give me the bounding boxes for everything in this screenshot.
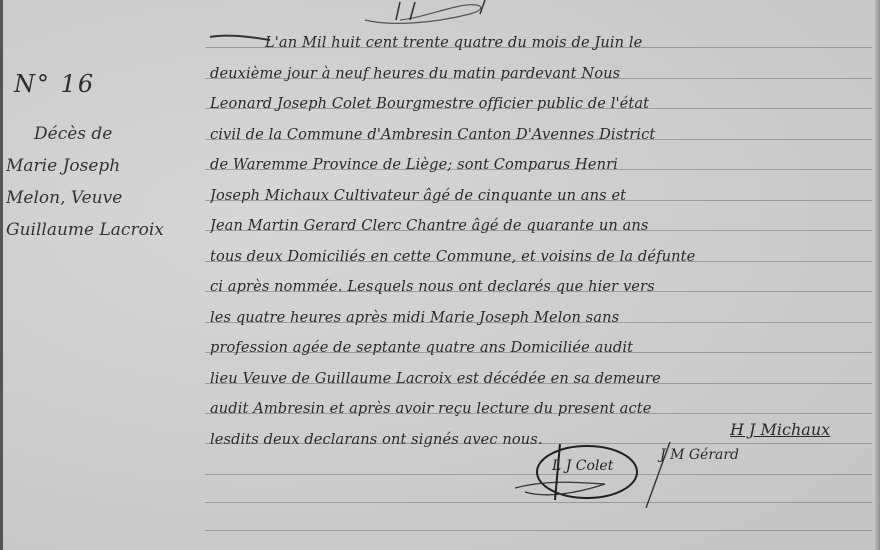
signature-colet: L J Colet (552, 458, 613, 474)
margin-note-line: Décès de (6, 118, 216, 150)
page-binding-edge (0, 0, 3, 550)
document-page: N° 16 Décès de Marie Joseph Melon, Veuve… (0, 0, 880, 550)
record-line: Joseph Michaux Cultivateur âgé de cinqua… (210, 181, 875, 212)
record-line: tous deux Domiciliés en cette Commune, e… (210, 242, 875, 273)
record-line: Leonard Joseph Colet Bourgmestre officie… (210, 89, 875, 120)
margin-note: Décès de Marie Joseph Melon, Veuve Guill… (6, 118, 216, 246)
record-number: N° 16 (14, 70, 95, 98)
record-line: ci après nommée. Lesquels nous ont decla… (210, 272, 875, 303)
page-right-edge (875, 0, 880, 550)
signature-michaux: H J Michaux (730, 420, 830, 439)
margin-note-line: Melon, Veuve (6, 182, 216, 214)
record-line: L'an Mil huit cent trente quatre du mois… (210, 28, 875, 59)
signature-gerard: J M Gérard (660, 447, 739, 463)
record-line: profession agée de septante quatre ans D… (210, 333, 875, 364)
record-line: civil de la Commune d'Ambresin Canton D'… (210, 120, 875, 151)
record-line: lieu Veuve de Guillaume Lacroix est décé… (210, 364, 875, 395)
record-line: deuxième jour à neuf heures du matin par… (210, 59, 875, 90)
margin-note-line: Guillaume Lacroix (6, 214, 216, 246)
ruled-line (205, 530, 872, 531)
top-flourish-mark (360, 0, 500, 26)
record-body: L'an Mil huit cent trente quatre du mois… (210, 28, 875, 455)
record-line: Jean Martin Gerard Clerc Chantre âgé de … (210, 211, 875, 242)
record-line: de Waremme Province de Liège; sont Compa… (210, 150, 875, 181)
margin-note-line: Marie Joseph (6, 150, 216, 182)
record-line: les quatre heures après midi Marie Josep… (210, 303, 875, 334)
